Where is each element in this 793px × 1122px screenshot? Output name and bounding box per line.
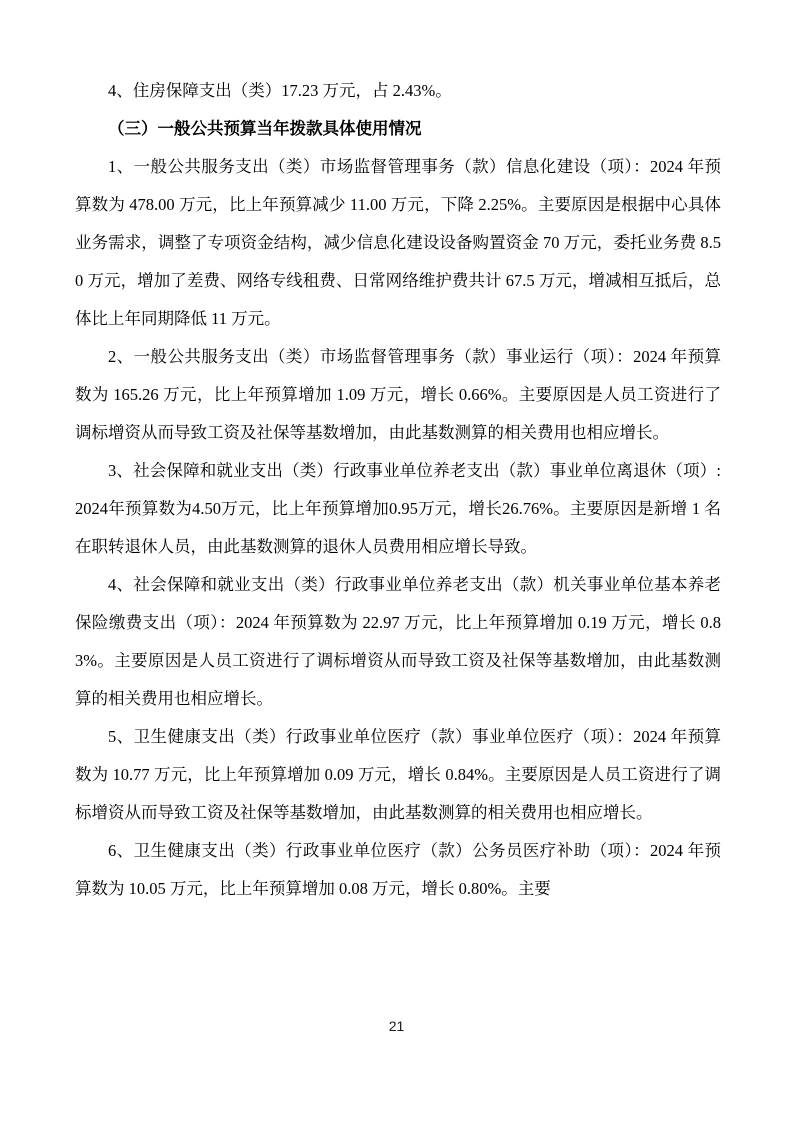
page-footer: 21 (0, 1018, 793, 1036)
paragraph-item-2-operations: 2、一般公共服务支出（类）市场监督管理事务（款）事业运行（项）：2024 年预算… (75, 338, 721, 452)
paragraph-item-3-retirement: 3、社会保障和就业支出（类）行政事业单位养老支出（款）事业单位离退休（项）:20… (75, 452, 721, 566)
paragraph-item-4-pension-contribution: 4、社会保障和就业支出（类）行政事业单位养老支出（款）机关事业单位基本养老保险缴… (75, 566, 721, 718)
list-item-housing-expense: 4、住房保障支出（类）17.23 万元，占 2.43%。 (75, 72, 721, 110)
document-page: 4、住房保障支出（类）17.23 万元，占 2.43%。 （三）一般公共预算当年… (0, 0, 793, 1122)
paragraph-item-1-informatization: 1、一般公共服务支出（类）市场监督管理事务（款）信息化建设（项）：2024 年预… (75, 148, 721, 338)
paragraph-item-6-civil-servant-medical: 6、卫生健康支出（类）行政事业单位医疗（款）公务员医疗补助（项）：2024 年预… (75, 832, 721, 908)
section-heading-general-budget-usage: （三）一般公共预算当年拨款具体使用情况 (75, 110, 721, 148)
page-number: 21 (389, 1018, 405, 1034)
paragraph-item-5-medical: 5、卫生健康支出（类）行政事业单位医疗（款）事业单位医疗（项）：2024 年预算… (75, 718, 721, 832)
